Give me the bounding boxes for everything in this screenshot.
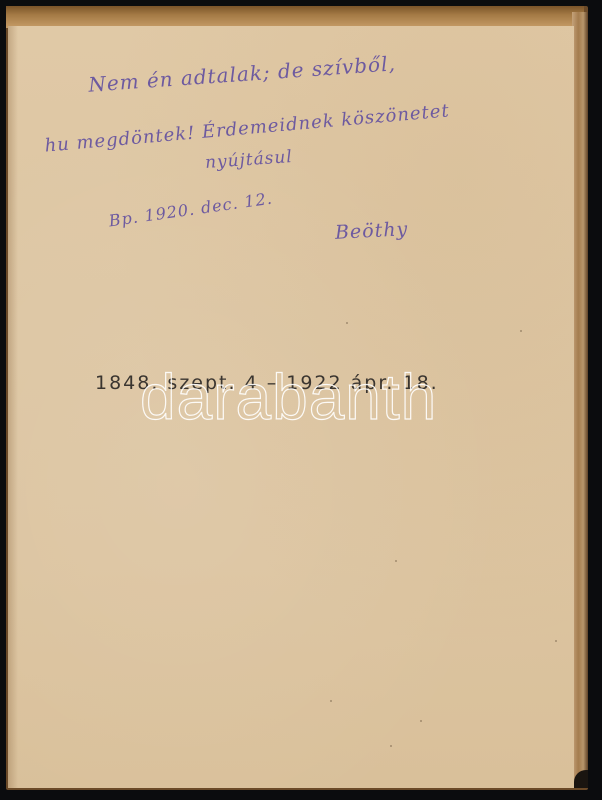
book-top-edge <box>6 6 584 28</box>
paper-speck <box>520 330 522 332</box>
book-fore-edge <box>572 12 588 788</box>
paper-speck <box>346 322 348 324</box>
watermark: darabanth <box>140 365 437 429</box>
gutter-shadow <box>8 26 18 788</box>
dedication-signature: Beöthy <box>334 218 408 244</box>
paper-speck <box>395 560 397 562</box>
paper-speck <box>390 745 392 747</box>
paper-speck <box>555 640 557 642</box>
paper-speck <box>330 700 332 702</box>
paper-speck <box>420 720 422 722</box>
